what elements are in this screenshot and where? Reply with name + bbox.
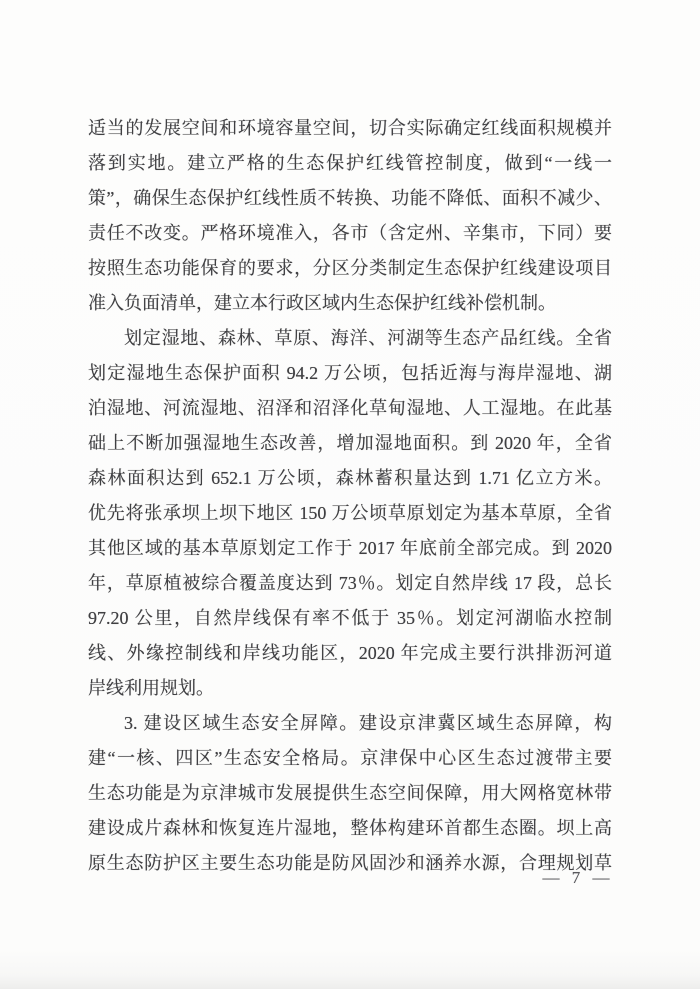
document-text-line: 其他区域的基本草原划定工作于 2017 年底前全部完成。到 2020 <box>88 531 612 566</box>
document-text-line: 落到实地。建立严格的生态保护红线管控制度，做到“一线一 <box>88 146 612 181</box>
document-text-line: 线、外缘控制线和岸线功能区，2020 年完成主要行洪排沥河道 <box>88 636 612 671</box>
page-number: — 7 — <box>524 866 628 890</box>
document-text-line: 3. 建设区域生态安全屏障。建设京津冀区域生态屏障，构 <box>88 706 612 741</box>
document-text-line: 划定湿地、森林、草原、海洋、河湖等生态产品红线。全省 <box>88 321 612 356</box>
document-text-line: 泊湿地、河流湿地、沼泽和沼泽化草甸湿地、人工湿地。在此基 <box>88 391 612 426</box>
document-text-line: 建设成片森林和恢复连片湿地，整体构建环首都生态圈。坝上高 <box>88 811 612 846</box>
document-text-line: 岸线利用规划。 <box>88 671 612 706</box>
document-text-line: 划定湿地生态保护面积 94.2 万公顷，包括近海与海岸湿地、湖 <box>88 356 612 391</box>
document-body: 适当的发展空间和环境容量空间，切合实际确定红线面积规模并落到实地。建立严格的生态… <box>88 111 612 881</box>
document-text-line: 适当的发展空间和环境容量空间，切合实际确定红线面积规模并 <box>88 111 612 146</box>
paragraph: 3. 建设区域生态安全屏障。建设京津冀区域生态屏障，构建“一核、四区”生态安全格… <box>88 706 612 881</box>
document-text-line: 础上不断加强湿地生态改善，增加湿地面积。到 2020 年，全省 <box>88 426 612 461</box>
document-text-line: 年，草原植被综合覆盖度达到 73％。划定自然岸线 17 段，总长 <box>88 566 612 601</box>
document-text-line: 森林面积达到 652.1 万公顷，森林蓄积量达到 1.71 亿立方米。 <box>88 461 612 496</box>
document-text-line: 建“一核、四区”生态安全格局。京津保中心区生态过渡带主要 <box>88 741 612 776</box>
document-text-line: 责任不改变。严格环境准入，各市（含定州、辛集市，下同）要 <box>88 216 612 251</box>
scanned-document-page: 适当的发展空间和环境容量空间，切合实际确定红线面积规模并落到实地。建立严格的生态… <box>0 0 700 989</box>
paragraph: 划定湿地、森林、草原、海洋、河湖等生态产品红线。全省划定湿地生态保护面积 94.… <box>88 321 612 706</box>
document-text-line: 生态功能是为京津城市发展提供生态空间保障，用大网格宽林带 <box>88 776 612 811</box>
document-text-line: 优先将张承坝上坝下地区 150 万公顷草原划定为基本草原，全省 <box>88 496 612 531</box>
document-text-line: 97.20 公里，自然岸线保有率不低于 35％。划定河湖临水控制 <box>88 601 612 636</box>
document-text-line: 按照生态功能保育的要求，分区分类制定生态保护红线建设项目 <box>88 251 612 286</box>
document-text-line: 准入负面清单，建立本行政区域内生态保护红线补偿机制。 <box>88 286 612 321</box>
paragraph: 适当的发展空间和环境容量空间，切合实际确定红线面积规模并落到实地。建立严格的生态… <box>88 111 612 321</box>
document-text-line: 策”，确保生态保护红线性质不转换、功能不降低、面积不减少、 <box>88 181 612 216</box>
